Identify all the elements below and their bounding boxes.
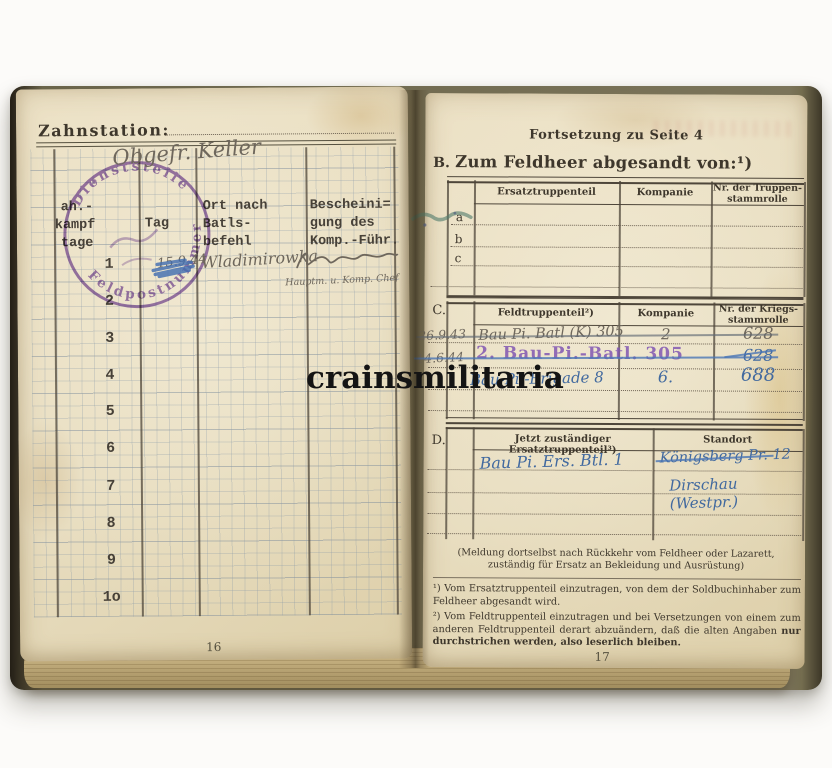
- title-dotted-line: [166, 133, 394, 136]
- table-b-dotted-row: [451, 265, 803, 268]
- row-number: 4: [95, 367, 125, 384]
- footnote-2: ²) Vom Feldtruppenteil einzutragen und b…: [433, 611, 801, 650]
- table-d-dotted-row: [427, 533, 801, 536]
- table-b-col-kompanie: Kompanie: [619, 187, 711, 198]
- row-number: 5: [95, 403, 125, 420]
- c-row3-kompanie: 6.: [618, 367, 713, 386]
- page-title: Zahnstation:: [38, 120, 170, 140]
- table-d-dotted-row: [427, 513, 801, 516]
- footnote-1: ¹) Vom Ersatztruppenteil einzutragen, vo…: [433, 583, 801, 610]
- d-row-standort-new: Dirschau (Westpr.): [669, 473, 806, 513]
- table-b-line: [618, 181, 620, 296]
- blue-scribble-icon: [151, 254, 199, 280]
- header-line: Bescheini=: [310, 197, 399, 216]
- table-d-top-border: [446, 427, 803, 430]
- note-paragraph: (Meldung dortselbst nach Rückkehr vom Fe…: [451, 547, 781, 573]
- watermark-text: crainsmilitaria: [306, 360, 564, 396]
- row-number: 6: [96, 440, 126, 457]
- table-c-col-kompanie: Kompanie: [618, 308, 713, 319]
- c-row1-unit: Bau Pi. Batl (K) 305: [478, 324, 624, 344]
- table-d-col-standort: Standort: [653, 434, 803, 446]
- column-header-bescheinigung: Bescheini= gung des Komp.-Führ.: [310, 197, 400, 252]
- row-number: 1o: [97, 589, 127, 606]
- header-line: stammrolle: [711, 194, 804, 205]
- table-c-col-unit: Feldtruppenteil²): [473, 307, 618, 319]
- table-b-dotted-row: [430, 286, 802, 289]
- photo-book: Zahnstation: ah.- kampf tage Tag Ort nac…: [0, 0, 832, 768]
- footnote-divider: [433, 577, 801, 580]
- row-number: 8: [96, 515, 126, 532]
- table-b-col-unit: Ersatztruppenteil: [474, 186, 619, 198]
- table-c-bottom-border: [446, 417, 803, 426]
- section-b-label: B.: [433, 155, 450, 171]
- signature-scrawl-icon: [293, 245, 401, 276]
- header-line: gung des: [310, 215, 399, 234]
- table-b-row-label: b: [455, 232, 463, 246]
- right-page-number: 17: [595, 650, 610, 664]
- footnote-2-text: ²) Vom Feldtruppenteil einzutragen und b…: [433, 611, 801, 636]
- left-page-number: 16: [206, 640, 221, 654]
- table-b-line: [446, 180, 448, 295]
- header-line: Nr. der Truppen-: [711, 183, 804, 194]
- c-row3-nr: 688: [713, 365, 803, 386]
- row-number: 9: [96, 552, 126, 569]
- table-b-row-label: c: [455, 251, 462, 265]
- header-line: Nr. der Kriegs-: [713, 304, 803, 315]
- row-number: 7: [96, 478, 126, 495]
- table-d-line: [445, 427, 447, 539]
- table-b-dotted-row: [451, 224, 803, 227]
- section-c-label: C.: [432, 303, 446, 318]
- row-number: 3: [95, 330, 125, 347]
- continuation-heading: Fortsetzung zu Seite 4: [425, 127, 807, 144]
- section-b-title: Zum Feldheer abgesandt von:¹): [455, 152, 752, 173]
- section-d-label: D.: [432, 433, 446, 448]
- table-c-dotted-row: [428, 410, 802, 413]
- table-b-dotted-row: [451, 246, 803, 249]
- table-b-line: [473, 180, 475, 295]
- table-b-col-nr: Nr. der Truppen- stammrolle: [711, 183, 804, 205]
